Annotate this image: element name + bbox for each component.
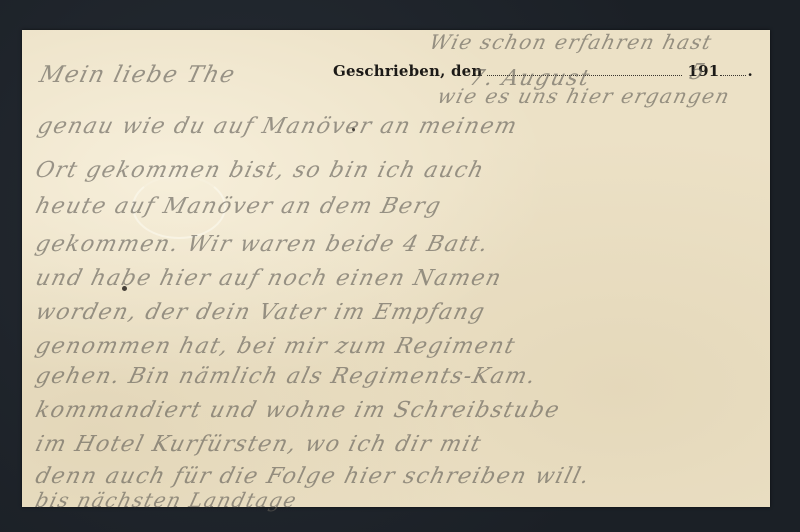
handwritten-line: heute auf Manöver an dem Berg xyxy=(33,194,444,219)
ink-spot xyxy=(352,128,355,131)
handwritten-line: gehen. Bin nämlich als Regiments-Kam. xyxy=(33,364,539,389)
year-dotted-field xyxy=(720,65,746,76)
handwritten-line: genau wie du auf Manöver an meinem xyxy=(35,114,521,139)
handwritten-line: bis nächsten Landtage xyxy=(33,488,300,512)
handwritten-line: gekommen. Wir waren beide 4 Batt. xyxy=(33,232,492,257)
handwritten-line: kommandiert und wohne im Schreibstube xyxy=(33,398,563,423)
handwritten-line: wie es uns hier ergangen xyxy=(435,84,733,108)
handwritten-line: Ort gekommen bist, so bin ich auch xyxy=(33,158,488,183)
handwritten-line: Wie schon erfahren hast xyxy=(427,30,715,54)
handwritten-line: worden, der dein Vater im Empfang xyxy=(33,300,488,325)
printed-end-mark: . xyxy=(747,62,752,80)
handwritten-line: im Hotel Kurfürsten, wo ich dir mit xyxy=(33,432,485,457)
handwritten-line: genommen hat, bei mir zum Regiment xyxy=(33,334,519,359)
handwritten-line: Mein liebe The xyxy=(37,62,239,88)
handwritten-line: denn auch für die Folge hier schreiben w… xyxy=(33,464,593,489)
handwritten-line: und habe hier auf noch einen Namen xyxy=(33,266,505,291)
ink-spot xyxy=(122,286,127,291)
printed-label: Geschrieben, den xyxy=(333,62,483,80)
postcard: Geschrieben, den 191 . 7. August 5 Wie s… xyxy=(22,30,770,507)
